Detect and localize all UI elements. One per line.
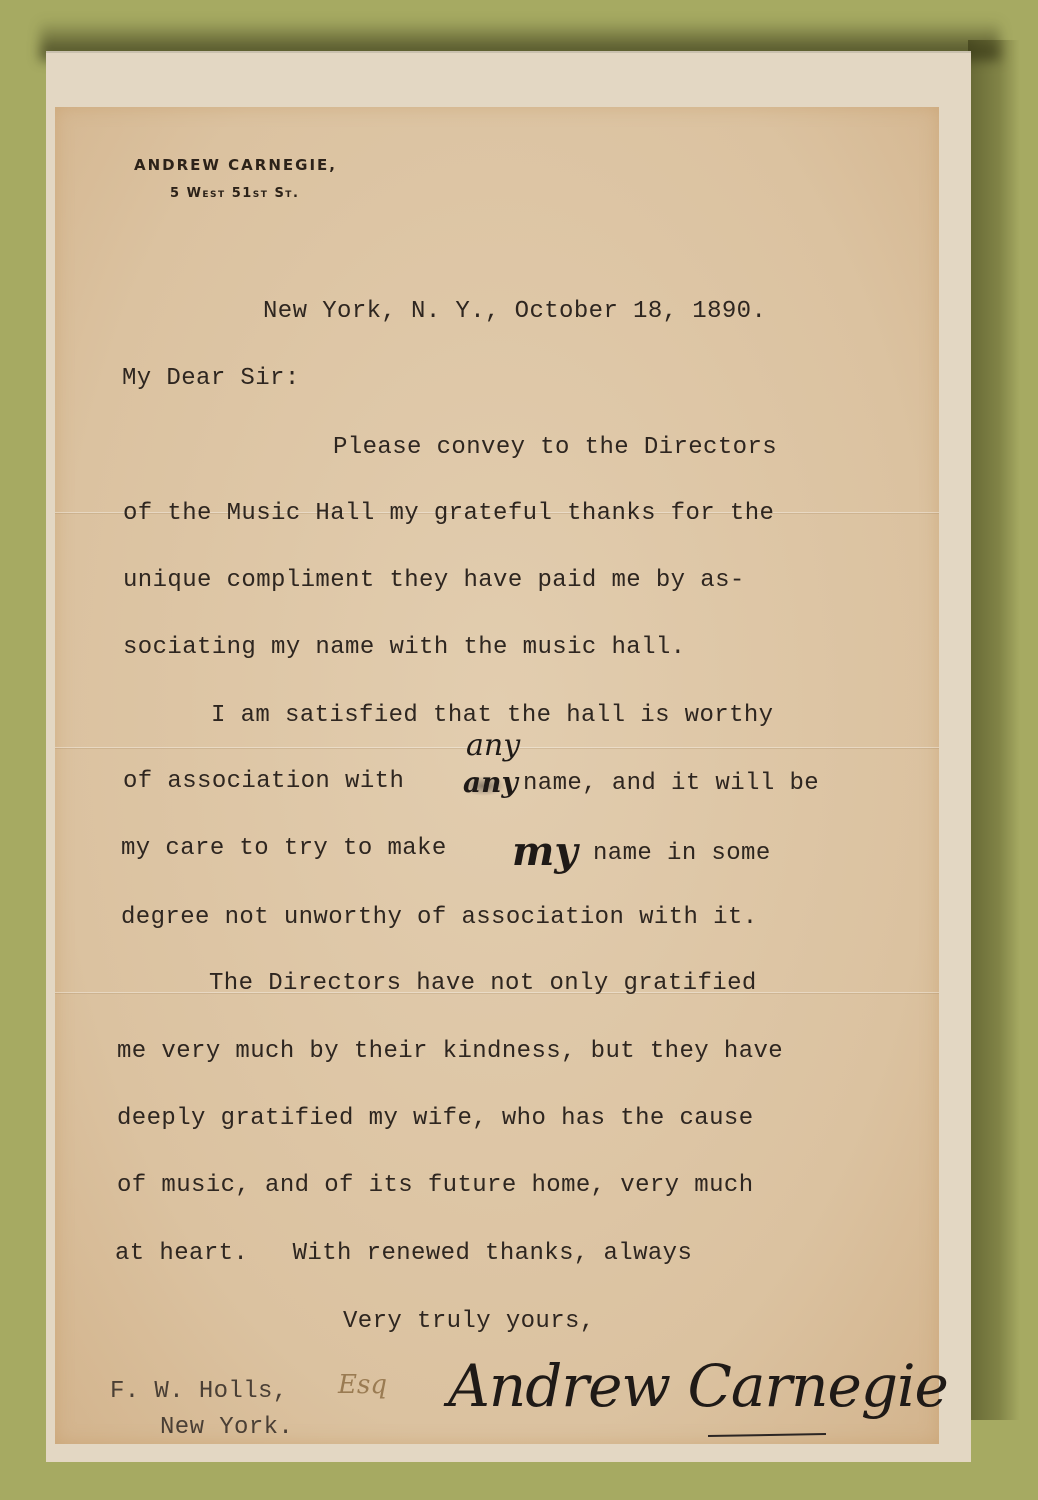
recipient-city: New York. bbox=[160, 1414, 293, 1441]
body-line: Please convey to the Directors bbox=[333, 434, 777, 461]
closing: Very truly yours, bbox=[343, 1308, 595, 1335]
body-line: name in some bbox=[593, 840, 771, 867]
background-shadow-right bbox=[968, 40, 1020, 1420]
body-line: of the Music Hall my grateful thanks for… bbox=[123, 500, 774, 527]
handwritten-correction-my: my bbox=[512, 828, 578, 875]
pencil-esq-mark: Esq bbox=[338, 1370, 387, 1400]
body-line: at heart. With renewed thanks, always bbox=[115, 1240, 692, 1267]
signature: Andrew Carnegie bbox=[448, 1352, 948, 1420]
body-line: unique compliment they have paid me by a… bbox=[123, 567, 745, 594]
dateline: New York, N. Y., October 18, 1890. bbox=[263, 298, 766, 325]
salutation: My Dear Sir: bbox=[122, 365, 300, 392]
body-line: of association with bbox=[123, 768, 404, 795]
recipient-name: F. W. Holls, bbox=[110, 1378, 288, 1405]
body-line: my care to try to make bbox=[121, 835, 447, 862]
body-line: I am satisfied that the hall is worthy bbox=[211, 702, 774, 729]
body-line: deeply gratified my wife, who has the ca… bbox=[117, 1105, 754, 1132]
body-line: degree not unworthy of association with … bbox=[121, 904, 758, 931]
body-line: sociating my name with the music hall. bbox=[123, 634, 686, 661]
handwritten-correction-overwrite: any bbox=[463, 766, 518, 799]
body-line: of music, and of its future home, very m… bbox=[117, 1172, 754, 1199]
letterhead-address: 5 West 51st St. bbox=[170, 186, 299, 201]
body-line: The Directors have not only gratified bbox=[209, 970, 757, 997]
handwritten-correction-above: any bbox=[466, 728, 520, 763]
body-line: name, and it will be bbox=[523, 770, 819, 797]
letterhead-name: ANDREW CARNEGIE, bbox=[134, 156, 337, 174]
body-line: me very much by their kindness, but they… bbox=[117, 1038, 783, 1065]
